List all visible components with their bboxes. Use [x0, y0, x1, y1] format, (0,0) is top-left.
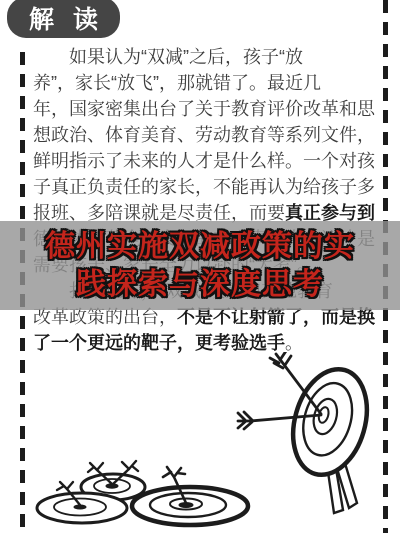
- title-overlay-band: 德州实施双减政策的实 践探索与深度思考: [0, 221, 400, 310]
- article-line: 子真正负责任的家长，不能再认为给孩子多: [33, 174, 378, 200]
- standing-target: [238, 352, 379, 513]
- article-line: 鲜明指示了未来的人才是什么样。一个对孩: [33, 148, 378, 174]
- targets-illustration: [0, 352, 400, 533]
- article-line: 养”，家长“放飞”，那就错了。最近几: [33, 70, 378, 96]
- section-badge: 解 读: [7, 0, 120, 38]
- article-line: 想政治、体育美育、劳动教育等系列文件，: [33, 122, 378, 148]
- section-badge-label: 解 读: [23, 0, 104, 36]
- article-page: 解 读 如果认为“双减”之后，孩子“放养”，家长“放飞”，那就错了。最近几年，国…: [0, 0, 400, 533]
- overlay-title-line1: 德州实施双减政策的实: [45, 228, 355, 266]
- article-line: 如果认为“双减”之后，孩子“放: [33, 44, 378, 70]
- article-line: 年，国家密集出台了关于教育评价改革和思: [33, 96, 378, 122]
- flat-target-front: [132, 467, 248, 525]
- overlay-title-line2: 践探索与深度思考: [76, 266, 324, 304]
